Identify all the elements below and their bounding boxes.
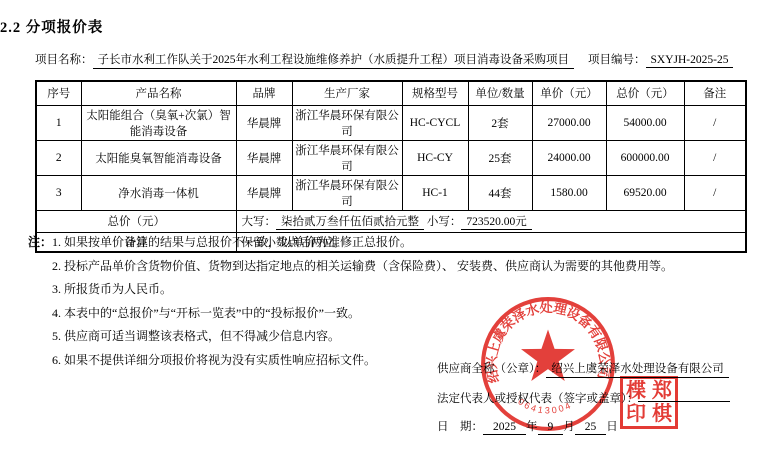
col-seq: 序号	[36, 81, 81, 105]
date-line: 日 期： 2025 年 9 月 25 日	[437, 418, 730, 435]
cell-remark: /	[684, 105, 746, 140]
cell-model: HC-CYCL	[402, 105, 468, 140]
col-total-price: 总价（元）	[606, 81, 684, 105]
cell-seq: 3	[36, 175, 81, 210]
note-item-4: 4. 本表中的“总报价”与“开标一览表”中的“投标报价”一致。	[52, 302, 748, 326]
cell-manufacturer: 浙江华晨环保有限公司	[292, 105, 402, 140]
date-month-suffix: 月	[563, 418, 575, 434]
total-small-value: 723520.00元	[461, 216, 531, 230]
col-remark: 备注	[684, 81, 746, 105]
cell-brand: 华晨牌	[236, 140, 292, 175]
cell-total-price: 69520.00	[606, 175, 684, 210]
date-month-value: 9	[538, 421, 564, 435]
table-row: 3 净水消毒一体机 华晨牌 浙江华晨环保有限公司 HC-1 44套 1580.0…	[36, 175, 746, 210]
cell-remark: /	[684, 175, 746, 210]
legal-rep-line: 法定代表人或授权代表（签字或盖章）：	[437, 389, 730, 406]
project-name-label: 项目名称：	[35, 51, 93, 67]
cell-product: 太阳能臭氧智能消毒设备	[81, 140, 236, 175]
personal-name-seal: 楪 郑 印 棋	[620, 376, 678, 429]
date-label: 日 期：	[437, 418, 483, 434]
cell-unit-price: 24000.00	[532, 140, 606, 175]
date-day-value: 25	[575, 421, 607, 435]
table-header-row: 序号 产品名称 品牌 生产厂家 规格型号 单位/数量 单价（元） 总价（元） 备…	[36, 81, 746, 105]
project-no-value: SXYJH-2025-25	[646, 54, 734, 68]
cell-qty: 25套	[468, 140, 532, 175]
cell-total-price: 600000.00	[606, 140, 684, 175]
col-unit-price: 单价（元）	[532, 81, 606, 105]
cell-seq: 1	[36, 105, 81, 140]
page-title: 2.2 分项报价表	[0, 16, 103, 37]
note-item-1: 1. 如果按单价计算的结果与总报价不一致，以单价为准修正总报价。	[52, 231, 748, 255]
cell-manufacturer: 浙江华晨环保有限公司	[292, 175, 402, 210]
col-product: 产品名称	[81, 81, 236, 105]
total-caps-value: 柒拾贰万叁仟伍佰贰拾元整	[276, 216, 424, 230]
cell-brand: 华晨牌	[236, 105, 292, 140]
notes-section: 注： 1. 如果按单价计算的结果与总报价不一致，以单价为准修正总报价。 2. 投…	[28, 231, 748, 372]
project-no-label: 项目编号：	[588, 51, 646, 67]
table-row: 1 太阳能组合（臭氧+次氯）智能消毒设备 华晨牌 浙江华晨环保有限公司 HC-C…	[36, 105, 746, 140]
cell-model: HC-1	[402, 175, 468, 210]
cell-qty: 2套	[468, 105, 532, 140]
cell-model: HC-CY	[402, 140, 468, 175]
total-caps-label: 大写：	[242, 216, 277, 228]
cell-total-price: 54000.00	[606, 105, 684, 140]
cell-unit-price: 1580.00	[532, 175, 606, 210]
note-item-3: 3. 所报货币为人民币。	[52, 278, 748, 302]
project-meta-line: 项目名称： 子长市水利工作队关于2025年水利工程设施维修养护（水质提升工程）项…	[35, 51, 750, 69]
date-day-suffix: 日	[606, 418, 618, 434]
col-model: 规格型号	[402, 81, 468, 105]
date-year-value: 2025	[483, 421, 526, 435]
cell-brand: 华晨牌	[236, 175, 292, 210]
cell-remark: /	[684, 140, 746, 175]
cell-seq: 2	[36, 140, 81, 175]
supplier-label: 供应商全称（公章）：	[437, 360, 546, 376]
table-row: 2 太阳能臭氧智能消毒设备 华晨牌 浙江华晨环保有限公司 HC-CY 25套 2…	[36, 140, 746, 175]
total-price-row: 总价（元） 大写：柒拾贰万叁仟伍佰贰拾元整 小写：723520.00元	[36, 210, 746, 232]
note-item-5: 5. 供应商可适当调整该表格式，但不得减少信息内容。	[52, 325, 748, 349]
notes-prefix: 注：	[28, 231, 52, 372]
cell-unit-price: 27000.00	[532, 105, 606, 140]
total-price-label: 总价（元）	[36, 210, 236, 232]
itemized-quote-table: 序号 产品名称 品牌 生产厂家 规格型号 单位/数量 单价（元） 总价（元） 备…	[35, 80, 747, 253]
cell-qty: 44套	[468, 175, 532, 210]
col-brand: 品牌	[236, 81, 292, 105]
total-small-label: 小写：	[427, 216, 462, 228]
seal-char-top-left: 楪	[626, 381, 646, 401]
seal-char-top-right: 郑	[652, 381, 672, 401]
signature-block: 供应商全称（公章）： 绍兴上虞荣泽水处理设备有限公司 法定代表人或授权代表（签字…	[437, 360, 730, 447]
cell-manufacturer: 浙江华晨环保有限公司	[292, 140, 402, 175]
supplier-line: 供应商全称（公章）： 绍兴上虞荣泽水处理设备有限公司	[437, 360, 730, 377]
col-manufacturer: 生产厂家	[292, 81, 402, 105]
col-qty: 单位/数量	[468, 81, 532, 105]
note-item-2: 2. 投标产品单价含货物价值、货物到达指定地点的相关运输费（含保险费）、 安装费…	[52, 255, 748, 279]
cell-product: 净水消毒一体机	[81, 175, 236, 210]
seal-char-bottom-right: 棋	[652, 404, 672, 424]
legal-rep-label: 法定代表人或授权代表（签字或盖章）：	[437, 390, 638, 406]
cell-product: 太阳能组合（臭氧+次氯）智能消毒设备	[81, 105, 236, 140]
project-name-value: 子长市水利工作队关于2025年水利工程设施维修养护（水质提升工程）项目消毒设备采…	[93, 51, 575, 69]
seal-char-bottom-left: 印	[626, 404, 646, 424]
date-year-suffix: 年	[526, 418, 538, 434]
quotation-document-page: 2.2 分项报价表 项目名称： 子长市水利工作队关于2025年水利工程设施维修养…	[0, 0, 770, 451]
total-price-value-cell: 大写：柒拾贰万叁仟伍佰贰拾元整 小写：723520.00元	[236, 210, 746, 232]
